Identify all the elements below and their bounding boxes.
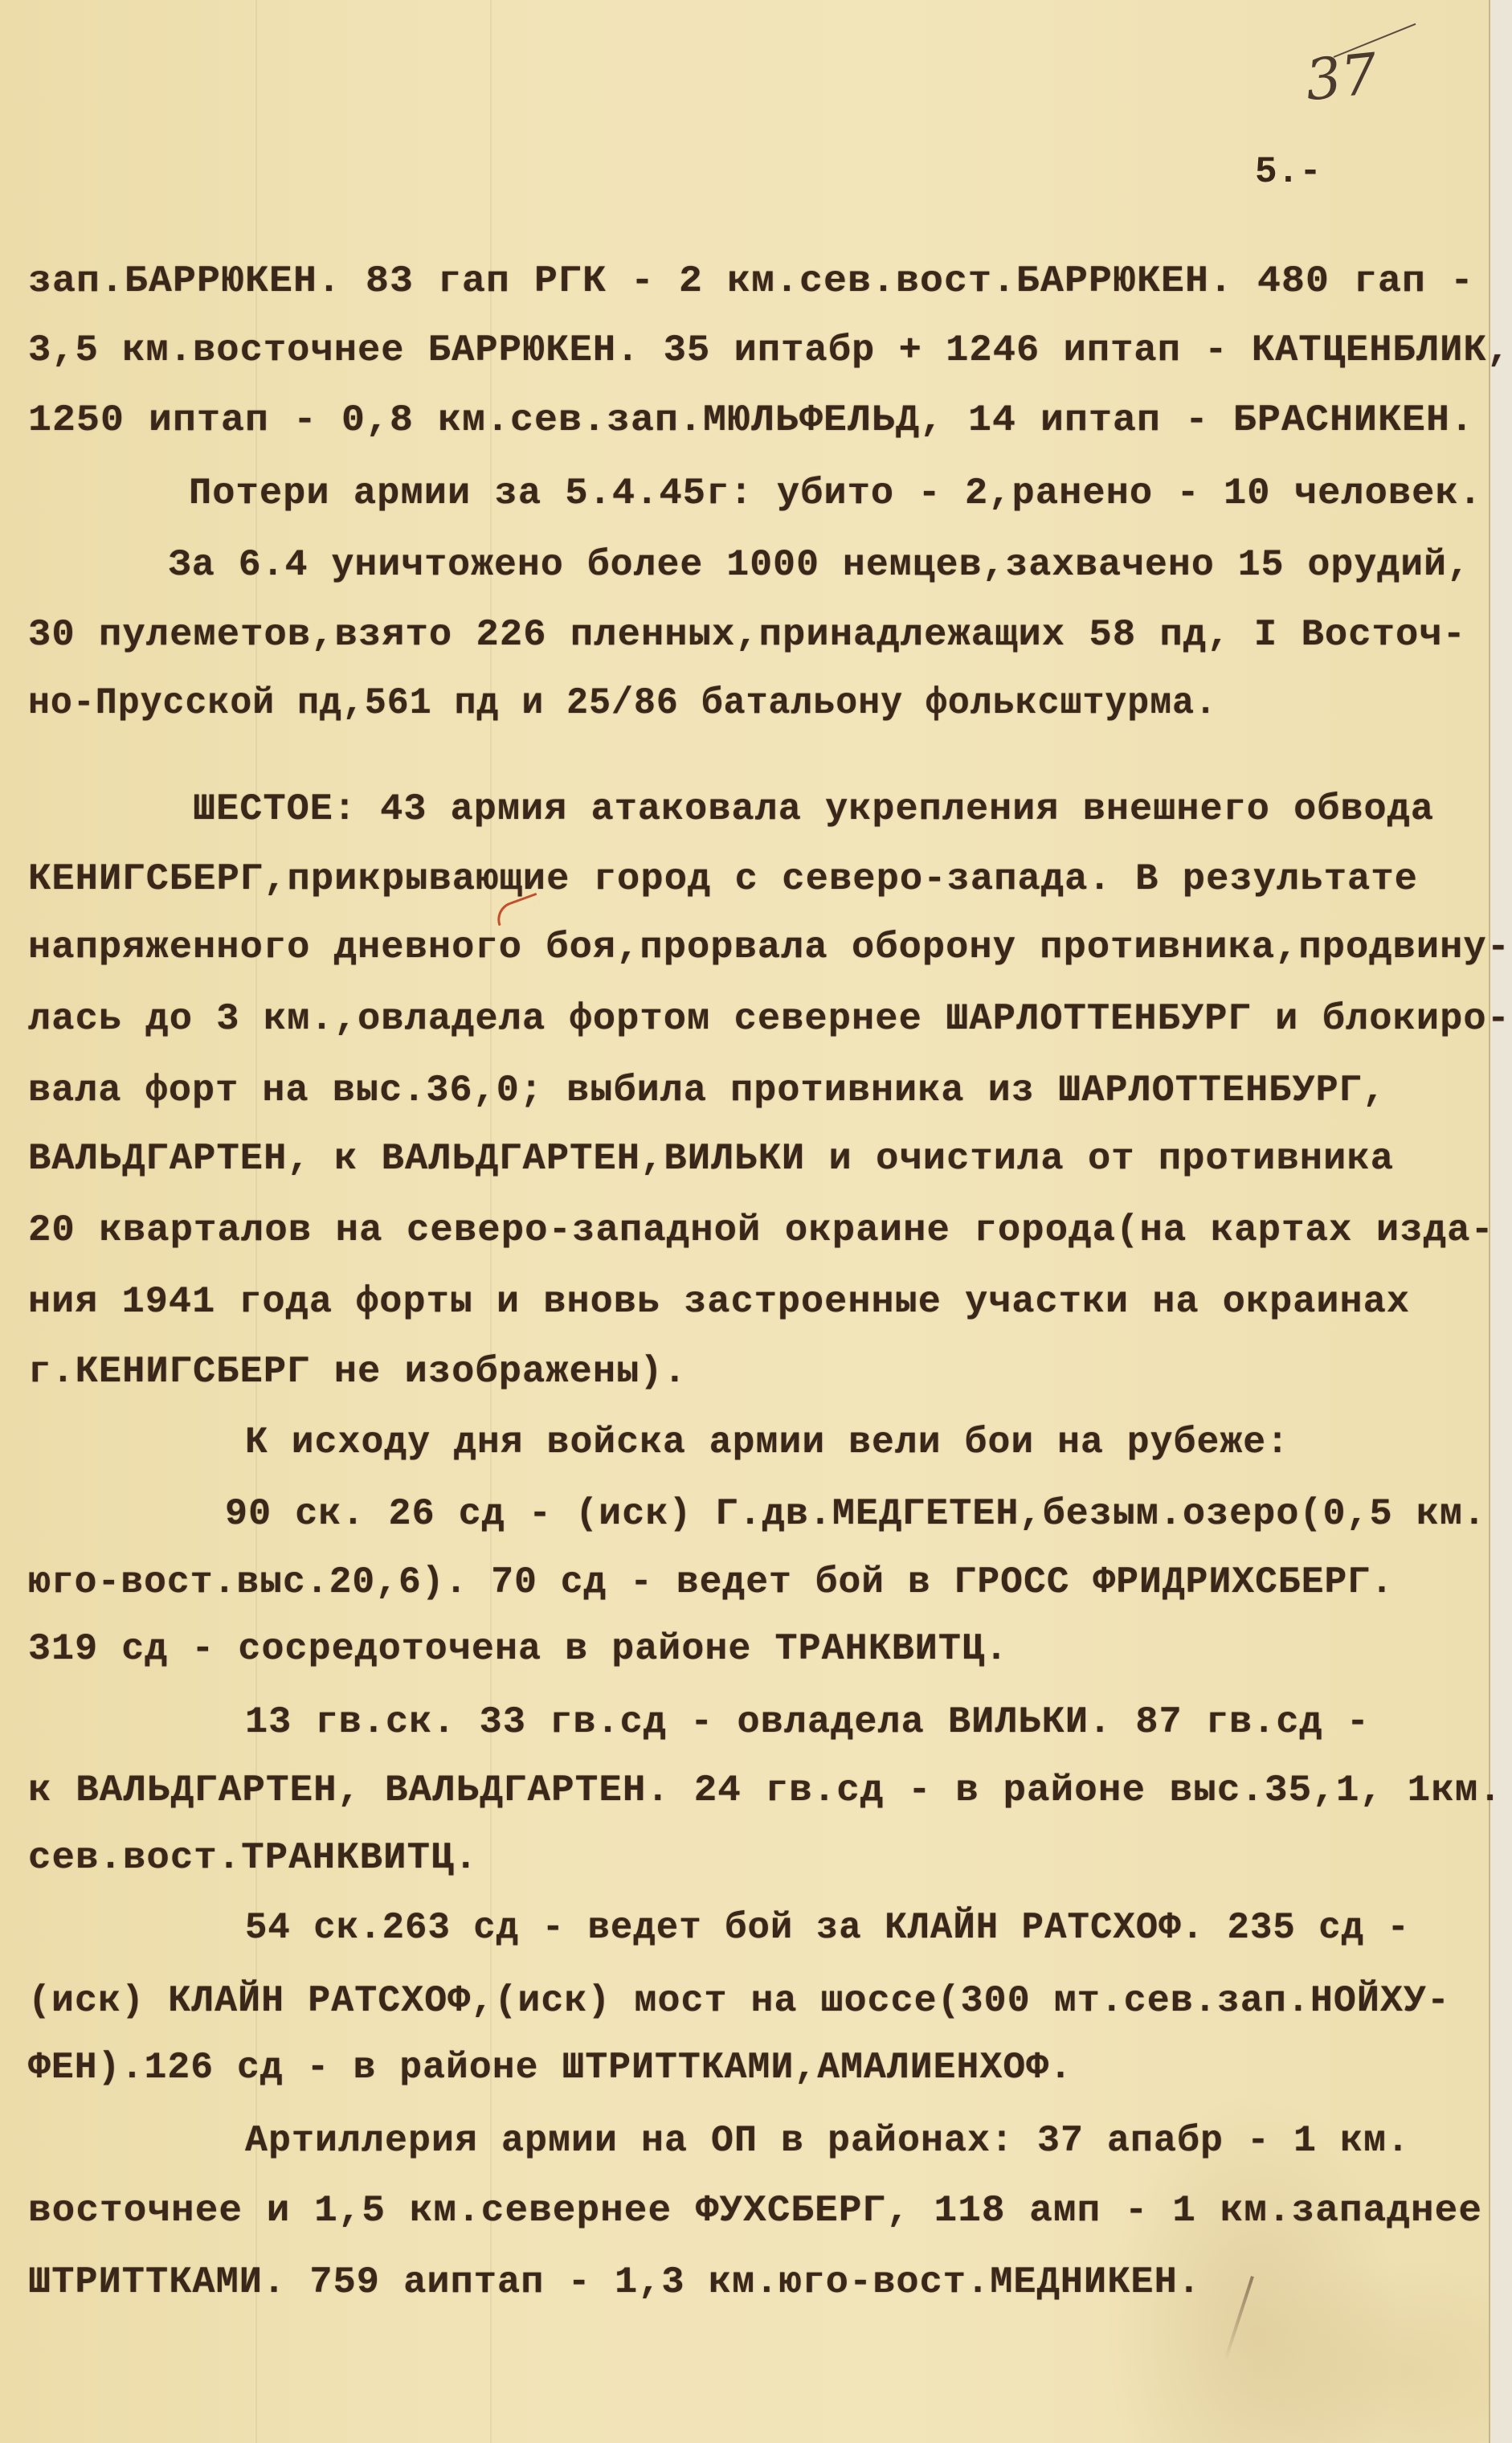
document-text-line: юго-вост.выс.20,6). 70 сд - ведет бой в …	[28, 1560, 1394, 1605]
document-text-line: восточнее и 1,5 км.севернее ФУХСБЕРГ, 11…	[28, 2188, 1482, 2233]
document-text-line: зап.БАРРЮКЕН. 83 гап РГК - 2 км.сев.вост…	[28, 259, 1474, 304]
document-text-line: 54 ск.263 сд - ведет бой за КЛАЙН РАТСХО…	[245, 1905, 1410, 1950]
document-text-line: г.КЕНИГСБЕРГ не изображены).	[28, 1349, 687, 1394]
document-text-line: 1250 иптап - 0,8 км.сев.зап.МЮЛЬФЕЛЬД, 1…	[28, 398, 1474, 443]
paper-stain-mark	[1224, 2276, 1254, 2361]
document-text-line: 3,5 км.восточнее БАРРЮКЕН. 35 иптабр + 1…	[28, 328, 1510, 373]
document-text-line: Потери армии за 5.4.45г: убито - 2,ранен…	[189, 471, 1482, 516]
document-page: 37 5.- зап.БАРРЮКЕН. 83 гап РГК - 2 км.с…	[0, 0, 1490, 2443]
document-text-line: За 6.4 уничтожено более 1000 немцев,захв…	[169, 542, 1470, 587]
typed-page-number: 5.-	[1255, 151, 1322, 193]
document-text-line: Артиллерия армии на ОП в районах: 37 апа…	[245, 2118, 1410, 2163]
document-text-line: ния 1941 года форты и вновь застроенные …	[28, 1279, 1410, 1324]
document-text-line: ШТРИТТКАМИ. 759 аиптап - 1,3 км.юго-вост…	[28, 2260, 1201, 2305]
document-text-line: 20 кварталов на северо-западной окраине …	[28, 1208, 1494, 1253]
document-text-line: 319 сд - сосредоточена в районе ТРАНКВИТ…	[28, 1627, 1008, 1672]
document-text-line: (иск) КЛАЙН РАТСХОФ,(иск) мост на шоссе(…	[28, 1979, 1450, 2024]
document-text-line: вала форт на выс.36,0; выбила противника…	[28, 1068, 1386, 1113]
document-text-line: 30 пулеметов,взято 226 пленных,принадлеж…	[28, 612, 1466, 657]
document-text-line: 90 ск. 26 сд - (иск) Г.дв.МЕДГЕТЕН,безым…	[225, 1492, 1486, 1537]
document-text-line: к ВАЛЬДГАРТЕН, ВАЛЬДГАРТЕН. 24 гв.сд - в…	[28, 1768, 1502, 1813]
document-text-line: ВАЛЬДГАРТЕН, к ВАЛЬДГАРТЕН,ВИЛЬКИ и очис…	[28, 1136, 1394, 1181]
document-text-line: сев.вост.ТРАНКВИТЦ.	[28, 1835, 478, 1880]
document-text-line: 13 гв.ск. 33 гв.сд - овладела ВИЛЬКИ. 87…	[245, 1700, 1370, 1745]
document-text-line: ФЕН).126 сд - в районе ШТРИТТКАМИ,АМАЛИЕ…	[28, 2045, 1073, 2090]
handwritten-folio-number: 37	[1302, 41, 1380, 114]
document-text-line: ШЕСТОЕ: 43 армия атаковала укрепления вн…	[193, 787, 1434, 832]
document-text-line: лась до 3 км.,овладела фортом севернее Ш…	[28, 996, 1510, 1041]
document-text-line: но-Прусской пд,561 пд и 25/86 батальону …	[28, 681, 1217, 726]
document-text-line: напряженного дневного боя,прорвала оборо…	[28, 925, 1510, 970]
document-text-line: К исходу дня войска армии вели бои на ру…	[245, 1420, 1289, 1465]
document-text-line: КЕНИГСБЕРГ,прикрывающие город с северо-з…	[28, 857, 1418, 902]
